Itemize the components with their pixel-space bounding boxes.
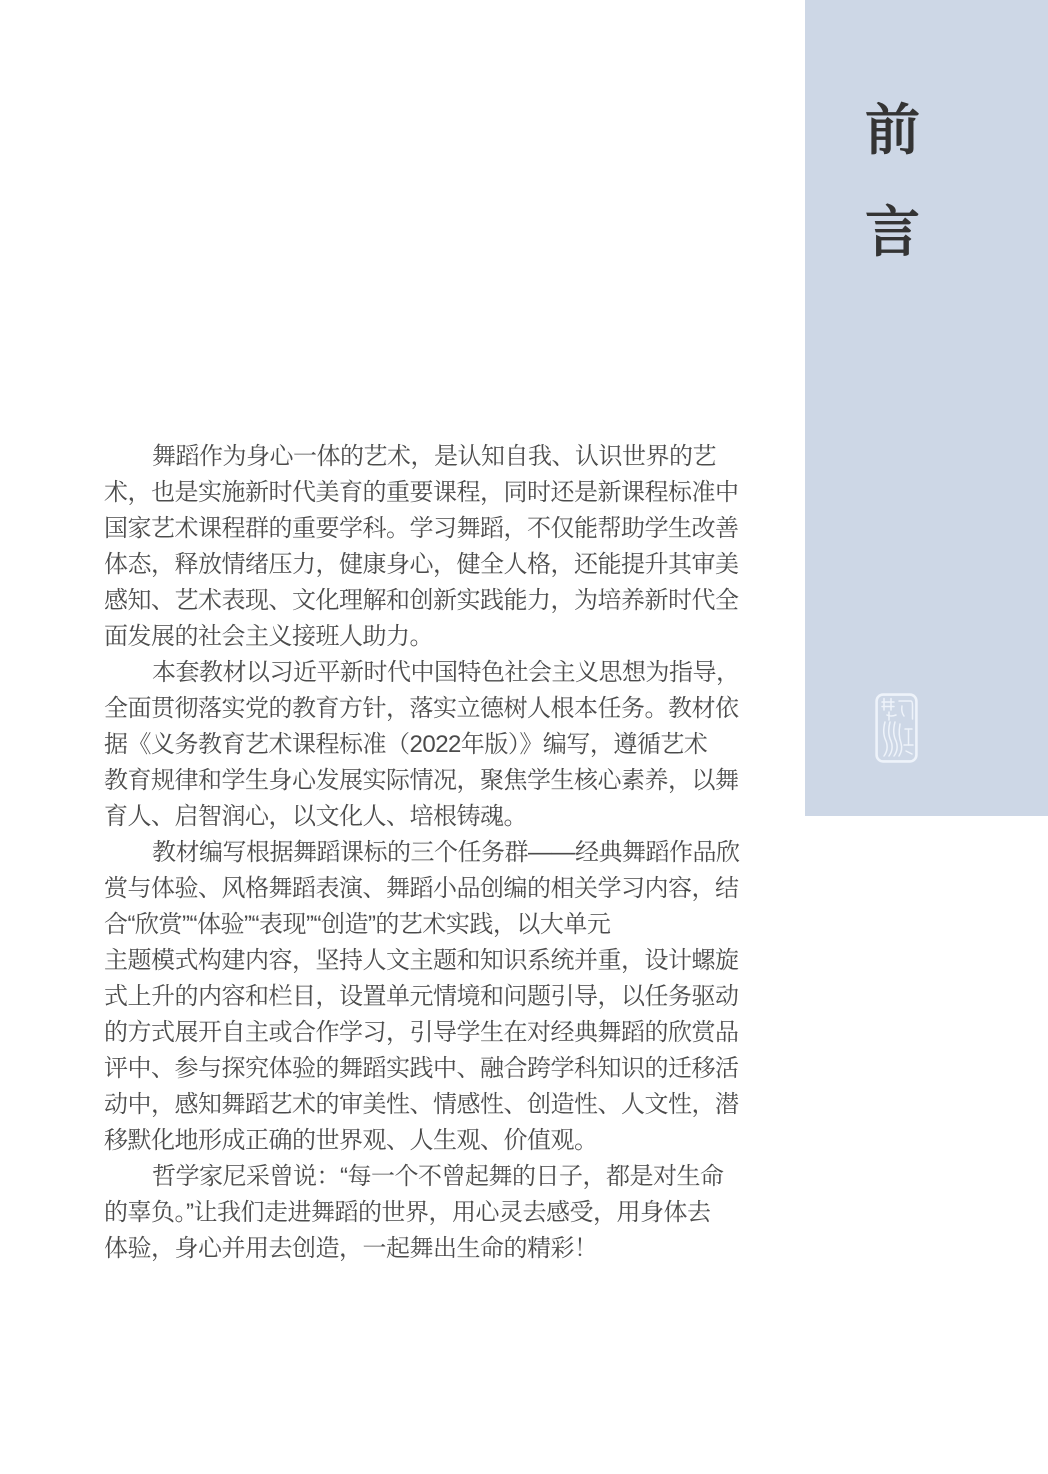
- text-line: 的辜负。”让我们走进舞蹈的世界，用心灵去感受，用身体去: [104, 1195, 754, 1231]
- text-line: 据《义务教育艺术课程标准（2022年版）》编写，遵循艺术: [104, 727, 754, 763]
- text-line: 本套教材以习近平新时代中国特色社会主义思想为指导，: [104, 655, 754, 691]
- text-line: 体验，身心并用去创造，一起舞出生命的精彩！: [104, 1231, 754, 1267]
- text-line: 全面贯彻落实党的教育方针，落实立德树人根本任务。教材依: [104, 691, 754, 727]
- paragraph: 哲学家尼采曾说：“每一个不曾起舞的日子，都是对生命 的辜负。”让我们走进舞蹈的世…: [104, 1159, 754, 1267]
- paragraph: 教材编写根据舞蹈课标的三个任务群——经典舞蹈作品欣 赏与体验、风格舞蹈表演、舞蹈…: [104, 835, 754, 1159]
- text-line: 教育规律和学生身心发展实际情况，聚焦学生核心素养，以舞: [104, 763, 754, 799]
- text-line: 教材编写根据舞蹈课标的三个任务群——经典舞蹈作品欣: [104, 835, 754, 871]
- text-line: 育人、启智润心，以文化人、培根铸魂。: [104, 799, 754, 835]
- text-line: 体态，释放情绪压力，健康身心，健全人格，还能提升其审美: [104, 547, 754, 583]
- text-line: 式上升的内容和栏目，设置单元情境和问题引导，以任务驱动: [104, 979, 754, 1015]
- text-line: 哲学家尼采曾说：“每一个不曾起舞的日子，都是对生命: [104, 1159, 754, 1195]
- text-line: 面发展的社会主义接班人助力。: [104, 619, 754, 655]
- preface-page: { "band": { "background_color": "#cdd7e6…: [0, 0, 1048, 1474]
- text-line: 国家艺术课程群的重要学科。学习舞蹈，不仅能帮助学生改善: [104, 511, 754, 547]
- seal-stamp-icon: [875, 693, 918, 763]
- text-line: 赏与体验、风格舞蹈表演、舞蹈小品创编的相关学习内容，结: [104, 871, 754, 907]
- preface-title: 前 言: [865, 103, 920, 260]
- text-line: 舞蹈作为身心一体的艺术，是认知自我、认识世界的艺: [104, 439, 754, 475]
- preface-title-char: 言: [865, 205, 920, 260]
- paragraph: 本套教材以习近平新时代中国特色社会主义思想为指导， 全面贯彻落实党的教育方针，落…: [104, 655, 754, 835]
- text-line: 感知、艺术表现、文化理解和创新实践能力，为培养新时代全: [104, 583, 754, 619]
- text-line: 动中，感知舞蹈艺术的审美性、情感性、创造性、人文性，潜: [104, 1087, 754, 1123]
- text-line: 评中、参与探究体验的舞蹈实践中、融合跨学科知识的迁移活: [104, 1051, 754, 1087]
- text-line: 主题模式构建内容，坚持人文主题和知识系统并重，设计螺旋: [104, 943, 754, 979]
- text-line: 移默化地形成正确的世界观、人生观、价值观。: [104, 1123, 754, 1159]
- text-line: 术，也是实施新时代美育的重要课程，同时还是新课程标准中: [104, 475, 754, 511]
- paragraph: 舞蹈作为身心一体的艺术，是认知自我、认识世界的艺 术，也是实施新时代美育的重要课…: [104, 439, 754, 655]
- preface-body: 舞蹈作为身心一体的艺术，是认知自我、认识世界的艺 术，也是实施新时代美育的重要课…: [104, 439, 754, 1267]
- text-line: 的方式展开自主或合作学习，引导学生在对经典舞蹈的欣赏品: [104, 1015, 754, 1051]
- text-line: 合“欣赏”“体验”“表现”“创造”的艺术实践，以大单元: [104, 907, 754, 943]
- side-band: 前 言: [805, 0, 1048, 816]
- preface-title-char: 前: [865, 103, 920, 158]
